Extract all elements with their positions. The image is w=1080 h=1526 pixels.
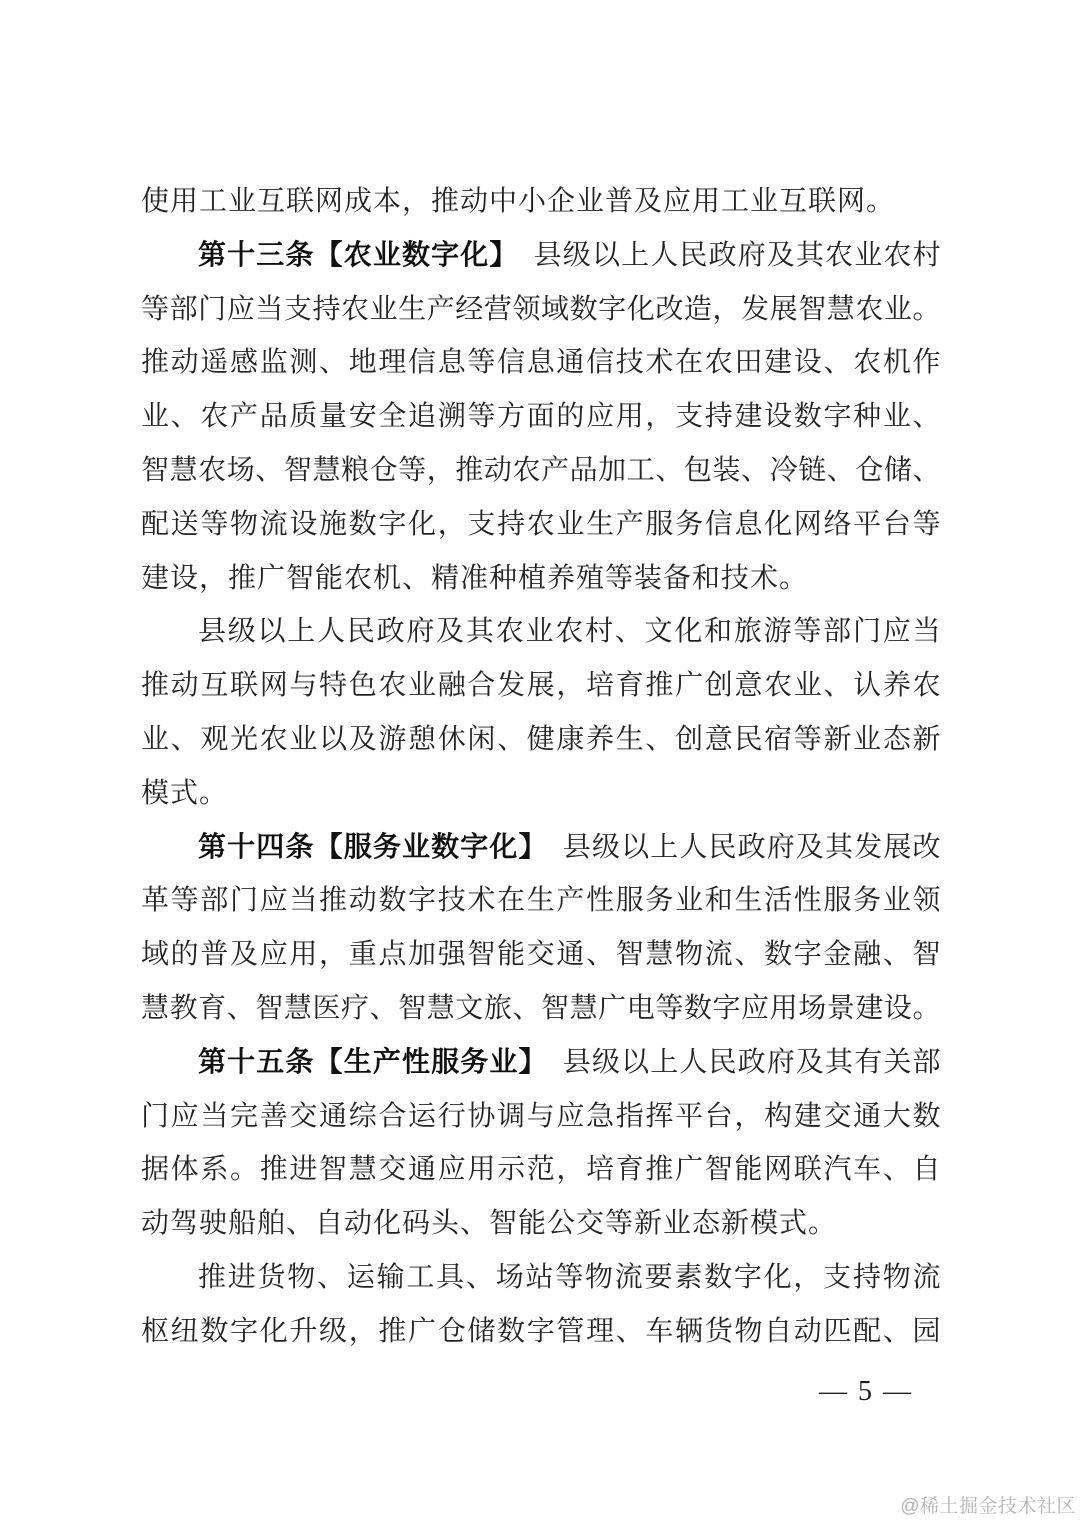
text-segment: 县级以上人民政府及其有关部 xyxy=(534,1047,941,1078)
article-heading: 第十三条【农业数字化】 xyxy=(198,240,505,271)
text-segment: 县级以上人民政府及其农业农村、文化和旅游等部门应当 xyxy=(198,616,941,647)
text-line: 第十三条【农业数字化】 县级以上人民政府及其农业农村 xyxy=(141,229,941,283)
text-line: 枢纽数字化升级，推广仓储数字管理、车辆货物自动匹配、园 xyxy=(141,1305,941,1359)
article-heading: 第十五条【生产性服务业】 xyxy=(198,1047,534,1078)
text-segment: 慧教育、智慧医疗、智慧文旅、智慧广电等数字应用场景建设。 xyxy=(141,993,941,1024)
article-heading: 第十四条【服务业数字化】 xyxy=(198,832,534,863)
text-line: 业、农产品质量安全追溯等方面的应用，支持建设数字种业、 xyxy=(141,390,941,444)
text-segment: 建设，推广智能农机、精准种植养殖等装备和技术。 xyxy=(141,563,808,594)
text-segment: 动驾驶船舶、自动化码头、智能公交等新业态新模式。 xyxy=(141,1208,837,1239)
text-segment: 县级以上人民政府及其发展改 xyxy=(534,832,941,863)
text-segment: 县级以上人民政府及其农业农村 xyxy=(505,240,941,271)
text-segment: 智慧农场、智慧粮仓等，推动农产品加工、包装、冷链、仓储、 xyxy=(141,455,941,486)
text-line: 革等部门应当推动数字技术在生产性服务业和生活性服务业领 xyxy=(141,874,941,928)
text-line: 慧教育、智慧医疗、智慧文旅、智慧广电等数字应用场景建设。 xyxy=(141,982,941,1036)
document-lines: 使用工业互联网成本，推动中小企业普及应用工业互联网。第十三条【农业数字化】 县级… xyxy=(141,175,941,1359)
text-line: 推动互联网与特色农业融合发展，培育推广创意农业、认养农 xyxy=(141,659,941,713)
text-segment: 推动互联网与特色农业融合发展，培育推广创意农业、认养农 xyxy=(141,670,941,701)
text-line: 县级以上人民政府及其农业农村、文化和旅游等部门应当 xyxy=(141,605,941,659)
text-segment: 业、农产品质量安全追溯等方面的应用，支持建设数字种业、 xyxy=(141,401,941,432)
text-segment: 等部门应当支持农业生产经营领域数字化改造，发展智慧农业。 xyxy=(141,294,941,325)
text-line: 推动遥感监测、地理信息等信息通信技术在农田建设、农机作 xyxy=(141,336,941,390)
text-line: 建设，推广智能农机、精准种植养殖等装备和技术。 xyxy=(141,552,941,606)
document-page: 使用工业互联网成本，推动中小企业普及应用工业互联网。第十三条【农业数字化】 县级… xyxy=(0,0,1080,1526)
text-line: 动驾驶船舶、自动化码头、智能公交等新业态新模式。 xyxy=(141,1197,941,1251)
page-number: — 5 — xyxy=(141,1372,941,1412)
text-segment: 模式。 xyxy=(141,778,228,809)
text-segment: 配送等物流设施数字化，支持农业生产服务信息化网络平台等 xyxy=(141,509,941,540)
text-segment: 枢纽数字化升级，推广仓储数字管理、车辆货物自动匹配、园 xyxy=(141,1316,941,1347)
watermark: @稀土掘金技术社区 xyxy=(900,1491,1076,1518)
text-segment: 据体系。推进智慧交通应用示范，培育推广智能网联汽车、自 xyxy=(141,1154,941,1185)
text-line: 配送等物流设施数字化，支持农业生产服务信息化网络平台等 xyxy=(141,498,941,552)
text-line: 推进货物、运输工具、场站等物流要素数字化，支持物流 xyxy=(141,1251,941,1305)
text-line: 门应当完善交通综合运行协调与应急指挥平台，构建交通大数 xyxy=(141,1090,941,1144)
text-line: 等部门应当支持农业生产经营领域数字化改造，发展智慧农业。 xyxy=(141,283,941,337)
text-segment: 域的普及应用，重点加强智能交通、智慧物流、数字金融、智 xyxy=(141,939,941,970)
text-line: 据体系。推进智慧交通应用示范，培育推广智能网联汽车、自 xyxy=(141,1143,941,1197)
text-segment: 门应当完善交通综合运行协调与应急指挥平台，构建交通大数 xyxy=(141,1101,941,1132)
text-line: 模式。 xyxy=(141,767,941,821)
text-segment: 革等部门应当推动数字技术在生产性服务业和生活性服务业领 xyxy=(141,885,941,916)
text-line: 业、观光农业以及游憩休闲、健康养生、创意民宿等新业态新 xyxy=(141,713,941,767)
text-line: 第十五条【生产性服务业】 县级以上人民政府及其有关部 xyxy=(141,1036,941,1090)
text-line: 使用工业互联网成本，推动中小企业普及应用工业互联网。 xyxy=(141,175,941,229)
text-segment: 推动遥感监测、地理信息等信息通信技术在农田建设、农机作 xyxy=(141,347,941,378)
text-line: 第十四条【服务业数字化】 县级以上人民政府及其发展改 xyxy=(141,821,941,875)
text-segment: 业、观光农业以及游憩休闲、健康养生、创意民宿等新业态新 xyxy=(141,724,941,755)
text-line: 域的普及应用，重点加强智能交通、智慧物流、数字金融、智 xyxy=(141,928,941,982)
text-segment: 推进货物、运输工具、场站等物流要素数字化，支持物流 xyxy=(198,1262,941,1293)
text-segment: 使用工业互联网成本，推动中小企业普及应用工业互联网。 xyxy=(141,186,895,217)
text-line: 智慧农场、智慧粮仓等，推动农产品加工、包装、冷链、仓储、 xyxy=(141,444,941,498)
